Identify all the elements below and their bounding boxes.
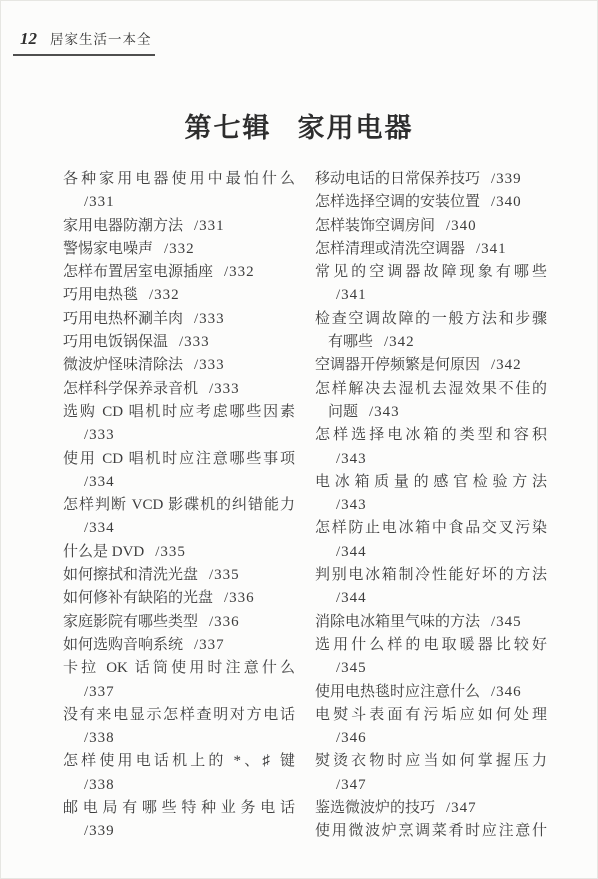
toc-line: /338 (63, 727, 295, 750)
toc-entry-text: 家用电器防潮方法 (63, 218, 183, 234)
toc-entry-text: 选用什么样的电取暖器比较好 (315, 637, 547, 653)
toc-line: /338 (63, 774, 295, 797)
toc-line: 巧用电饭锅保温/333 (63, 331, 295, 354)
toc-line: 如何修补有缺陷的光盘/336 (63, 587, 295, 610)
toc-entry-text: 怎样防止电冰箱中食品交叉污染 (315, 520, 547, 536)
page-number: 12 (20, 29, 37, 48)
toc-entry-page: /337 (84, 684, 115, 700)
toc-entry-text: 空调器开停频繁是何原因 (315, 357, 480, 373)
toc-entry-page: /337 (194, 637, 225, 653)
toc-line: /337 (63, 681, 295, 704)
toc-entry-text: 消除电冰箱里气味的方法 (315, 614, 480, 630)
toc-line: 选用什么样的电取暖器比较好 (315, 634, 547, 657)
toc-line: 熨烫衣物时应当如何掌握压力 (315, 750, 547, 773)
toc-entry-page: /341 (336, 287, 367, 303)
toc-line: 如何擦拭和清洗光盘/335 (63, 564, 295, 587)
toc-line: /343 (315, 448, 547, 471)
toc-line: 判别电冰箱制冷性能好坏的方法 (315, 564, 547, 587)
toc-line: 问题/343 (315, 401, 547, 424)
toc-line: 鉴选微波炉的技巧/347 (315, 797, 547, 820)
toc-entry-page: /340 (446, 218, 477, 234)
toc-line: 巧用电热毯/332 (63, 284, 295, 307)
toc-right-column: 移动电话的日常保养技巧/339怎样选择空调的安装位置/340怎样装饰空调房间/3… (315, 168, 547, 844)
toc-entry-page: /334 (84, 520, 115, 536)
toc-entry-page: /336 (209, 614, 240, 630)
toc-line: 怎样选择电冰箱的类型和容积 (315, 424, 547, 447)
book-title: 居家生活一本全 (50, 32, 152, 47)
toc-entry-page: /340 (491, 194, 522, 210)
toc-line: 怎样解决去湿机去湿效果不佳的 (315, 378, 547, 401)
toc-line: 检查空调故障的一般方法和步骤 (315, 308, 547, 331)
toc-line: /344 (315, 541, 547, 564)
toc-entry-text: 问题 (328, 404, 358, 420)
toc-entry-text: 熨烫衣物时应当如何掌握压力 (315, 753, 547, 769)
toc-line: 卡拉 OK 话筒使用时注意什么 (63, 657, 295, 680)
toc-line: /334 (63, 517, 295, 540)
toc-line: 使用电热毯时应注意什么/346 (315, 681, 547, 704)
toc-entry-text: 使用 CD 唱机时应注意哪些事项 (63, 451, 295, 467)
toc-entry-page: /338 (84, 730, 115, 746)
toc-line: 怎样清理或清洗空调器/341 (315, 238, 547, 261)
toc-entry-page: /343 (336, 451, 367, 467)
table-of-contents: 各种家用电器使用中最怕什么/331家用电器防潮方法/331警惕家电噪声/332怎… (63, 168, 547, 844)
toc-entry-page: /347 (446, 800, 477, 816)
toc-entry-text: 怎样清理或清洗空调器 (315, 241, 465, 257)
toc-entry-text: 怎样选择空调的安装位置 (315, 194, 480, 210)
toc-entry-page: /333 (209, 381, 240, 397)
toc-entry-page: /331 (194, 218, 225, 234)
toc-entry-text: 警惕家电噪声 (63, 241, 153, 257)
toc-line: 没有来电显示怎样查明对方电话 (63, 704, 295, 727)
toc-line: 空调器开停频繁是何原因/342 (315, 354, 547, 377)
toc-entry-page: /344 (336, 544, 367, 560)
toc-line: /343 (315, 494, 547, 517)
toc-line: /331 (63, 191, 295, 214)
toc-entry-page: /339 (84, 823, 115, 839)
toc-line: 电冰箱质量的感官检验方法 (315, 471, 547, 494)
toc-entry-text: 怎样科学保养录音机 (63, 381, 198, 397)
toc-entry-page: /333 (84, 427, 115, 443)
toc-line: 怎样使用电话机上的 *、♯ 键 (63, 750, 295, 773)
book-page: 12居家生活一本全 第七辑家用电器 各种家用电器使用中最怕什么/331家用电器防… (0, 0, 598, 879)
toc-entry-page: /331 (84, 194, 115, 210)
toc-entry-page: /346 (491, 684, 522, 700)
toc-line: 怎样防止电冰箱中食品交叉污染 (315, 517, 547, 540)
toc-entry-text: 什么是 DVD (63, 544, 144, 560)
toc-entry-page: /334 (84, 474, 115, 490)
toc-line: /344 (315, 587, 547, 610)
toc-entry-text: 电熨斗表面有污垢应如何处理 (315, 707, 547, 723)
toc-line: 常见的空调器故障现象有哪些 (315, 261, 547, 284)
toc-entry-text: 鉴选微波炉的技巧 (315, 800, 435, 816)
toc-entry-text: 怎样使用电话机上的 *、♯ 键 (63, 753, 295, 769)
toc-line: 巧用电热杯涮羊肉/333 (63, 308, 295, 331)
toc-entry-text: 怎样选择电冰箱的类型和容积 (315, 427, 547, 443)
toc-entry-page: /342 (384, 334, 415, 350)
toc-entry-page: /333 (194, 311, 225, 327)
toc-line: 各种家用电器使用中最怕什么 (63, 168, 295, 191)
toc-entry-page: /338 (84, 777, 115, 793)
toc-line: 邮电局有哪些特种业务电话 (63, 797, 295, 820)
toc-entry-page: /347 (336, 777, 367, 793)
toc-entry-text: 微波炉怪味清除法 (63, 357, 183, 373)
toc-line: 怎样选择空调的安装位置/340 (315, 191, 547, 214)
toc-entry-page: /335 (155, 544, 186, 560)
toc-entry-page: /332 (149, 287, 180, 303)
toc-line: /333 (63, 424, 295, 447)
toc-entry-text: 怎样布置居室电源插座 (63, 264, 213, 280)
toc-entry-page: /346 (336, 730, 367, 746)
section-part: 第七辑 (185, 113, 272, 143)
toc-entry-text: 判别电冰箱制冷性能好坏的方法 (315, 567, 547, 583)
toc-entry-text: 使用电热毯时应注意什么 (315, 684, 480, 700)
toc-entry-text: 选购 CD 唱机时应考虑哪些因素 (63, 404, 295, 420)
toc-entry-text: 各种家用电器使用中最怕什么 (63, 171, 295, 187)
toc-entry-page: /333 (194, 357, 225, 373)
toc-entry-text: 怎样判断 VCD 影碟机的纠错能力 (63, 497, 295, 513)
toc-entry-page: /332 (224, 264, 255, 280)
toc-entry-text: 使用微波炉烹调菜肴时应注意什 (315, 823, 547, 839)
toc-entry-page: /343 (336, 497, 367, 513)
toc-entry-text: 如何修补有缺陷的光盘 (63, 590, 213, 606)
toc-line: /334 (63, 471, 295, 494)
toc-entry-text: 没有来电显示怎样查明对方电话 (63, 707, 295, 723)
toc-entry-text: 巧用电热杯涮羊肉 (63, 311, 183, 327)
toc-line: /339 (63, 820, 295, 843)
toc-line: 有哪些/342 (315, 331, 547, 354)
toc-line: 警惕家电噪声/332 (63, 238, 295, 261)
toc-entry-page: /332 (164, 241, 195, 257)
toc-entry-page: /339 (491, 171, 522, 187)
section-name: 家用电器 (298, 113, 414, 143)
toc-line: 家庭影院有哪些类型/336 (63, 611, 295, 634)
toc-line: 选购 CD 唱机时应考虑哪些因素 (63, 401, 295, 424)
toc-entry-page: /343 (369, 404, 400, 420)
toc-entry-page: /344 (336, 590, 367, 606)
toc-entry-text: 怎样装饰空调房间 (315, 218, 435, 234)
toc-entry-text: 家庭影院有哪些类型 (63, 614, 198, 630)
toc-entry-text: 怎样解决去湿机去湿效果不佳的 (315, 381, 547, 397)
running-header: 12居家生活一本全 (13, 28, 155, 56)
toc-line: 如何选购音响系统/337 (63, 634, 295, 657)
toc-entry-text: 如何选购音响系统 (63, 637, 183, 653)
toc-line: 怎样科学保养录音机/333 (63, 378, 295, 401)
toc-line: 移动电话的日常保养技巧/339 (315, 168, 547, 191)
toc-entry-page: /336 (224, 590, 255, 606)
section-title: 第七辑家用电器 (0, 106, 598, 145)
toc-line: 使用 CD 唱机时应注意哪些事项 (63, 448, 295, 471)
toc-line: 使用微波炉烹调菜肴时应注意什 (315, 820, 547, 843)
toc-line: /346 (315, 727, 547, 750)
toc-entry-page: /345 (336, 660, 367, 676)
toc-entry-text: 检查空调故障的一般方法和步骤 (315, 311, 547, 327)
toc-line: 怎样装饰空调房间/340 (315, 215, 547, 238)
toc-line: 消除电冰箱里气味的方法/345 (315, 611, 547, 634)
toc-left-column: 各种家用电器使用中最怕什么/331家用电器防潮方法/331警惕家电噪声/332怎… (63, 168, 295, 844)
toc-entry-page: /333 (179, 334, 210, 350)
toc-entry-text: 有哪些 (328, 334, 373, 350)
toc-entry-text: 移动电话的日常保养技巧 (315, 171, 480, 187)
toc-entry-page: /345 (491, 614, 522, 630)
toc-line: 什么是 DVD/335 (63, 541, 295, 564)
toc-entry-text: 巧用电热毯 (63, 287, 138, 303)
toc-entry-page: /335 (209, 567, 240, 583)
toc-entry-text: 巧用电饭锅保温 (63, 334, 168, 350)
toc-entry-text: 卡拉 OK 话筒使用时注意什么 (63, 660, 295, 676)
toc-line: 家用电器防潮方法/331 (63, 215, 295, 238)
toc-line: 微波炉怪味清除法/333 (63, 354, 295, 377)
toc-entry-text: 邮电局有哪些特种业务电话 (63, 800, 295, 816)
toc-line: 电熨斗表面有污垢应如何处理 (315, 704, 547, 727)
toc-line: 怎样判断 VCD 影碟机的纠错能力 (63, 494, 295, 517)
toc-entry-page: /341 (476, 241, 507, 257)
toc-line: /347 (315, 774, 547, 797)
toc-entry-page: /342 (491, 357, 522, 373)
toc-line: /345 (315, 657, 547, 680)
toc-line: 怎样布置居室电源插座/332 (63, 261, 295, 284)
toc-line: /341 (315, 284, 547, 307)
toc-entry-text: 如何擦拭和清洗光盘 (63, 567, 198, 583)
toc-entry-text: 常见的空调器故障现象有哪些 (315, 264, 547, 280)
toc-entry-text: 电冰箱质量的感官检验方法 (315, 474, 547, 490)
